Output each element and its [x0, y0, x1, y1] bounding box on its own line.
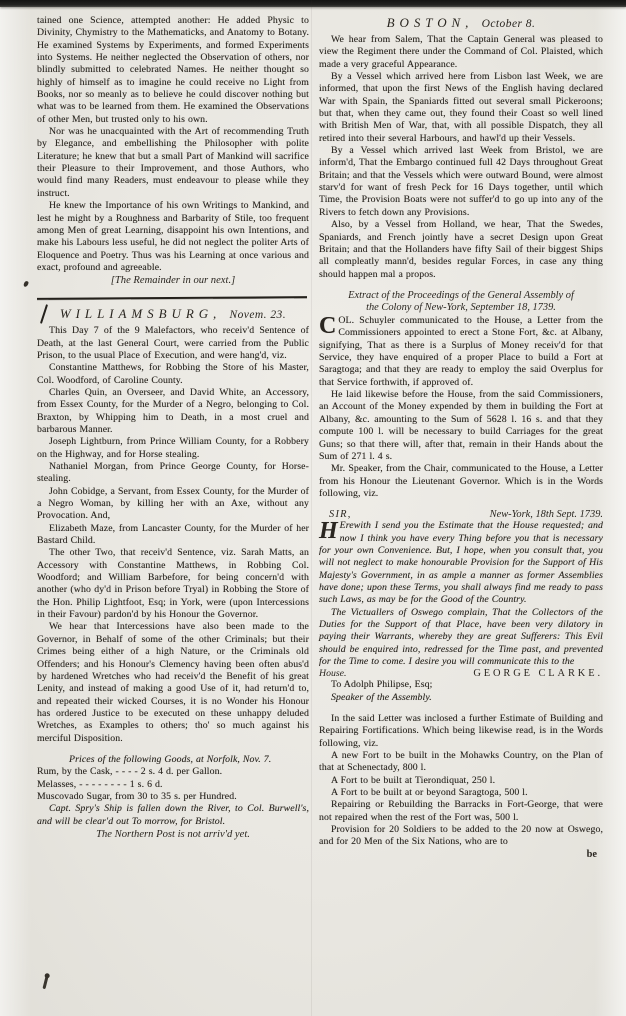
letter-addressee-title: Speaker of the Assembly. — [319, 692, 603, 704]
paragraph: Charles Quin, an Overseer, and David Whi… — [37, 387, 309, 436]
letter-addressee: To Adolph Philipse, Esq; — [319, 679, 603, 691]
paragraph: Joseph Lightburn, from Prince William Co… — [37, 436, 309, 461]
paragraph: The other Two, that receiv'd Sentence, v… — [37, 547, 309, 621]
paragraph: A Fort to be built at Tierondiquat, 250 … — [319, 775, 603, 787]
paragraph: By a Vessel which arrived here from Lisb… — [319, 71, 603, 145]
paragraph: Provision for 20 Soldiers to be added to… — [319, 824, 603, 849]
newspaper-page: tained one Science, attempted another: H… — [0, 0, 626, 1016]
heading-city: BOSTON, — [387, 15, 474, 30]
right-column: BOSTON, October 8. We hear from Salem, T… — [319, 15, 603, 860]
paragraph: Repairing or Rebuilding the Barracks in … — [319, 799, 603, 824]
signature: GEORGE CLARKE. — [473, 668, 603, 679]
letter-body: The Victuallers of Oswego complain, That… — [319, 607, 603, 669]
paragraph: He laid likewise before the House, from … — [319, 389, 603, 463]
section-heading: BOSTON, October 8. — [319, 15, 603, 32]
drop-cap: C — [319, 315, 338, 336]
ink-speck — [23, 280, 29, 287]
ink-speck — [42, 976, 48, 989]
prices-section: Prices of the following Goods, at Norfol… — [37, 754, 309, 803]
scan-top-edge-bar — [0, 0, 626, 7]
williamsburg-section: WILLIAMSBURG, Novem. 23. This Day 7 of t… — [37, 306, 309, 745]
prices-title: Prices of the following Goods, at Norfol… — [37, 754, 309, 766]
heading-date: Novem. 23. — [229, 309, 286, 321]
paragraph-text: OL. Schuyler communicated to the House, … — [319, 315, 603, 388]
boston-section: BOSTON, October 8. We hear from Salem, T… — [319, 15, 603, 281]
catchword: be — [319, 849, 603, 860]
extract-heading: Extract of the Proceedings of the Genera… — [319, 290, 603, 315]
section-heading: WILLIAMSBURG, Novem. 23. — [37, 306, 309, 323]
paragraph-dropcap: COL. Schuyler communicated to the House,… — [319, 315, 603, 389]
paragraph: Also, by a Vessel from Holland, we hear,… — [319, 219, 603, 281]
section-rule — [37, 296, 307, 300]
column-divider — [311, 0, 312, 1016]
paragraph: John Cobidge, a Servant, from Essex Coun… — [37, 486, 309, 523]
paragraph: Elizabeth Maze, from Lancaster County, f… — [37, 523, 309, 548]
remainder-note: [The Remainder in our next.] — [37, 274, 309, 287]
letter-last-word: House. — [319, 668, 346, 679]
shipping-note: Capt. Spry's Ship is fallen down the Riv… — [37, 803, 309, 828]
paragraph-text: Erewith I send you the Estimate that the… — [319, 520, 603, 605]
paragraph: In the said Letter was inclosed a furthe… — [319, 713, 603, 750]
post-note: The Northern Post is not arriv'd yet. — [37, 828, 309, 841]
paragraph: By a Vessel which arrived last Week from… — [319, 145, 603, 219]
extract-heading-line2: the Colony of New-York, September 18, 17… — [366, 302, 556, 313]
fortification-estimate: In the said Letter was inclosed a furthe… — [319, 713, 603, 860]
paragraph: He knew the Importance of his own Writin… — [37, 200, 309, 274]
paragraph: This Day 7 of the 9 Malefactors, who rec… — [37, 325, 309, 362]
article-continuation: tained one Science, attempted another: H… — [37, 15, 309, 287]
paragraph: Nathaniel Morgan, from Prince George Cou… — [37, 461, 309, 486]
price-line: Melasses, - - - - - - - - 1 s. 6 d. — [37, 779, 309, 791]
letter-salutation: SIR, — [319, 509, 352, 520]
left-column: tained one Science, attempted another: H… — [37, 15, 309, 841]
drop-cap: H — [319, 520, 340, 541]
assembly-extract-section: Extract of the Proceedings of the Genera… — [319, 290, 603, 500]
governor-letter: SIR, New-York, 18th Sept. 1739. HErewith… — [319, 509, 603, 704]
paragraph: Constantine Matthews, for Robbing the St… — [37, 362, 309, 387]
heading-date: October 8. — [482, 18, 536, 30]
letter-body-dropcap: HErewith I send you the Estimate that th… — [319, 520, 603, 606]
letter-header: SIR, New-York, 18th Sept. 1739. — [319, 509, 603, 520]
letter-dateline: New-York, 18th Sept. 1739. — [490, 509, 603, 520]
paragraph: A new Fort to be built in the Mohawks Co… — [319, 750, 603, 775]
extract-heading-line1: Extract of the Proceedings of the Genera… — [348, 290, 574, 301]
paragraph: tained one Science, attempted another: H… — [37, 15, 309, 126]
signature-line: House. GEORGE CLARKE. — [319, 668, 603, 679]
price-line: Rum, by the Cask, - - - - 2 s. 4 d. per … — [37, 766, 309, 778]
paragraph: We hear from Salem, That the Captain Gen… — [319, 34, 603, 71]
heading-city: WILLIAMSBURG, — [60, 306, 221, 321]
paragraph: A Fort to be built at or beyond Saragtog… — [319, 787, 603, 799]
paragraph: We hear that Intercessions have also bee… — [37, 621, 309, 744]
paragraph: Nor was he unacquainted with the Art of … — [37, 126, 309, 200]
price-line: Muscovado Sugar, from 30 to 35 s. per Hu… — [37, 791, 309, 803]
paragraph: Mr. Speaker, from the Chair, communicate… — [319, 463, 603, 500]
